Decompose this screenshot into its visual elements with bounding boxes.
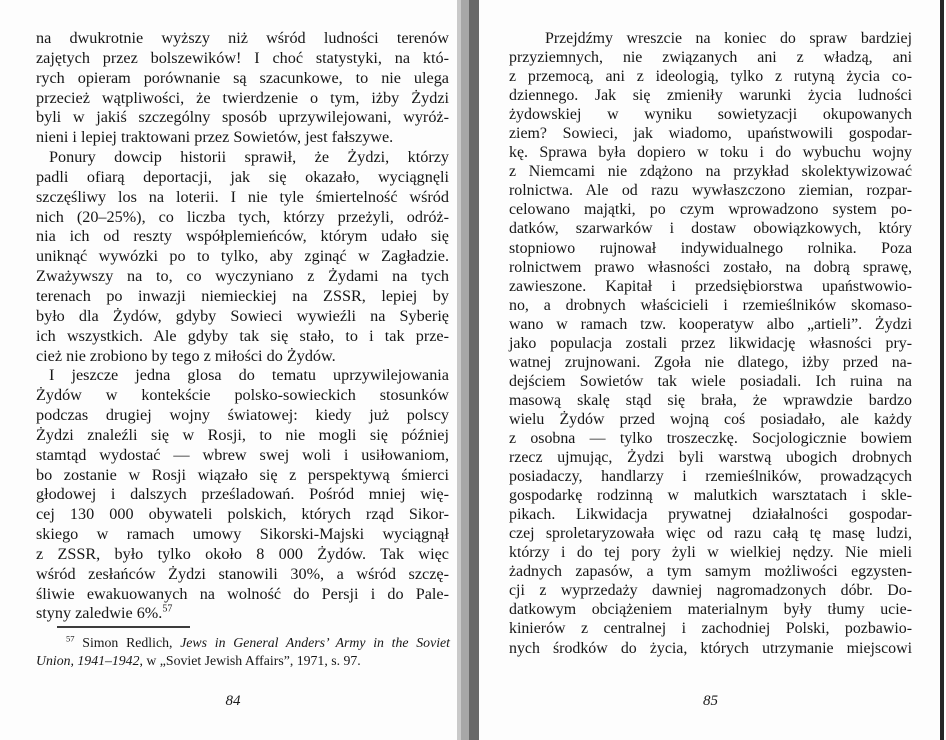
text-line: Ponury dowcip historii sprawił, że Żydzi… — [36, 148, 449, 168]
text-line: podczas drugiej wojny światowej: kiedy j… — [36, 406, 449, 426]
text-line: cież nie zrobiono by tego z miłości do Ż… — [36, 347, 449, 367]
text-line: stopniowo rujnował indywidualnego rolnik… — [509, 239, 912, 258]
text-line: stamtąd wydostać — wbrew swej woli i usi… — [36, 446, 449, 466]
text-line: byli w jakiś szczególny sposób uprzywile… — [36, 108, 449, 128]
text-line: Zważywszy na to, co wyczyniano z Żydami … — [36, 267, 449, 287]
footnote: 57 Simon Redlich, Jews in General Anders… — [36, 634, 450, 669]
page-number-right: 85 — [509, 693, 912, 710]
footnote-rule — [57, 626, 190, 628]
text-line: terenach po inwazji niemieckiej na ZSSR,… — [36, 287, 449, 307]
text-line: jako populacja zostali przez likwidację … — [509, 334, 912, 353]
footnote-line: Union, 1941–1942, w „Soviet Jewish Affai… — [36, 652, 450, 670]
text-line: cji z wyprzedaży dawniej nagromadzonych … — [509, 581, 912, 600]
book-spread-scan: na dwukrotnie wyższy niż wśród ludności … — [0, 0, 946, 740]
text-line: pikach. Likwidacja prywatnej działalnośc… — [509, 505, 912, 524]
text-line: datkowym obciążeniem materialnym były tł… — [509, 600, 912, 619]
text-line: kinierów z centralnej i zachodniej Polsk… — [509, 619, 912, 638]
text-line: wśród zesłańców Żydzi stanowili 30%, a w… — [36, 565, 449, 585]
text-line: głodowej i dalszych prześladowań. Pośród… — [36, 485, 449, 505]
scan-edge-line — [940, 0, 944, 740]
text-line: no, a drobnych właścicieli i rzemieślnik… — [509, 296, 912, 315]
text-line: śliwie ewakuowanych na wolność do Persji… — [36, 585, 449, 605]
footnote-text: , w „Soviet Jewish Affairs”, 1971, s. 97… — [139, 653, 360, 668]
text-line: ich wszystkich. Ale gdyby tak się stało,… — [36, 327, 449, 347]
text-line: zawieszone. Kapitał i przedsiębiorstwa u… — [509, 277, 912, 296]
text-line: posiadaczy, handlarzy i rzemieślników, p… — [509, 467, 912, 486]
text-line: I jeszcze jedna glosa do tematu uprzywil… — [36, 366, 449, 386]
footnote-title-italic: Union, 1941–1942 — [36, 653, 139, 668]
text-line: rolnictwa. Ale od razu wywłaszczono ziem… — [509, 181, 912, 200]
page-number-left: 84 — [26, 693, 440, 710]
right-page-text: Przejdźmy wreszcie na koniec do spraw ba… — [509, 29, 912, 658]
text-line: wielu Żydów przed wojną coś posiadało, a… — [509, 410, 912, 429]
text-line: zajętych przez bolszewików! I choć staty… — [36, 49, 449, 69]
text-line: bo zostanie w Rosji wiązało się z perspe… — [36, 466, 449, 486]
footnote-marker: 57 — [66, 633, 75, 643]
gutter-dark-band — [469, 0, 479, 740]
text-line: żydowskiej w wyniku sowietyzacji okupowa… — [509, 105, 912, 124]
text-line: którzy i do tej pory żyli w wielkiej nęd… — [509, 543, 912, 562]
text-line: styny zaledwie 6%.57 — [36, 604, 449, 624]
footnote-ref: 57 — [162, 604, 172, 615]
text-line: dejściem Sowietów tak wiele posiadali. I… — [509, 372, 912, 391]
text-line: uniknąć wywózki po to tylko, aby zginąć … — [36, 247, 449, 267]
text-line: Przejdźmy wreszcie na koniec do spraw ba… — [509, 29, 912, 48]
text-line: datków, szarwarków i dostaw obowiązkowyc… — [509, 219, 912, 238]
text-line: rych opieram porównanie są szacunkowe, t… — [36, 69, 449, 89]
text-line: nieni i lepiej traktowani przez Sowietów… — [36, 128, 449, 148]
footnote-text: Simon Redlich, — [75, 635, 181, 650]
left-page-text: na dwukrotnie wyższy niż wśród ludności … — [36, 29, 449, 624]
text-line: rolnictwem prawo własności zostało, na d… — [509, 258, 912, 277]
text-line: masową skalę stąd się brała, że wprawdzi… — [509, 391, 912, 410]
text-line: Żydów w kontekście polsko-sowieckich sto… — [36, 386, 449, 406]
text-line: było dla Żydów, gdyby Sowieci wywieźli n… — [36, 307, 449, 327]
text-line: nich (20–25%), co liczba tych, którzy pr… — [36, 208, 449, 228]
footnote-title-italic: Jews in General Anders’ Army in the Sovi… — [180, 635, 450, 650]
text-line: z przemocą, ani z ideologią, tylko z rut… — [509, 67, 912, 86]
text-line: czej sproletaryzowała więc od razu całą … — [509, 524, 912, 543]
text-line: szczęśliwy los na loterii. I nie tyle śm… — [36, 188, 449, 208]
text-line: dziennego. Jak się zmieniły warunki życi… — [509, 86, 912, 105]
text-line: cej 130 000 obywateli polskich, których … — [36, 505, 449, 525]
text-line: padli ofiarą deportacji, jak się okazało… — [36, 168, 449, 188]
text-line: żadnych zapasów, a tym samym możliwości … — [509, 562, 912, 581]
text-line: przecież wątpliwości, że twierdzenie o t… — [36, 89, 449, 109]
text-line: ziem? Sowieci, jak wiadomo, upaństwowili… — [509, 124, 912, 143]
text-line: przyziemnych, nie związanych ani z władz… — [509, 48, 912, 67]
text-line: Żydzi znaleźli się w Rosji, to nie mogli… — [36, 426, 449, 446]
text-line: skiego w ramach umowy Sikorski-Majski wy… — [36, 525, 449, 545]
text-line: z Niemcami nie zdążono na przykład skole… — [509, 162, 912, 181]
text-line: kę. Sprawa była dopiero w toku i do wybu… — [509, 143, 912, 162]
text-line: watnej zrujnowani. Zgoła nie dlatego, iż… — [509, 353, 912, 372]
text-line: nia ich od reszty współplemieńców, który… — [36, 227, 449, 247]
text-line: z ZSSR, było tylko około 8 000 Żydów. Ta… — [36, 545, 449, 565]
text-line: z osobna — tylko troszeczkę. Socjologicz… — [509, 429, 912, 448]
text-line: rzecz ujmując, Żydzi byli warstwą ubogic… — [509, 448, 912, 467]
text-line: na dwukrotnie wyższy niż wśród ludności … — [36, 29, 449, 49]
text-line: gospodarkę rodzinną w malutkich warsztat… — [509, 486, 912, 505]
text-line: wano w ramach tzw. kooperatyw albo „arti… — [509, 315, 912, 334]
gutter-light-band — [461, 0, 469, 740]
text-line: celowano majątki, po czym wprowadzono sy… — [509, 200, 912, 219]
text-line: nych środków do życia, których utrzymani… — [509, 639, 912, 658]
footnote-line: 57 Simon Redlich, Jews in General Anders… — [36, 634, 450, 652]
